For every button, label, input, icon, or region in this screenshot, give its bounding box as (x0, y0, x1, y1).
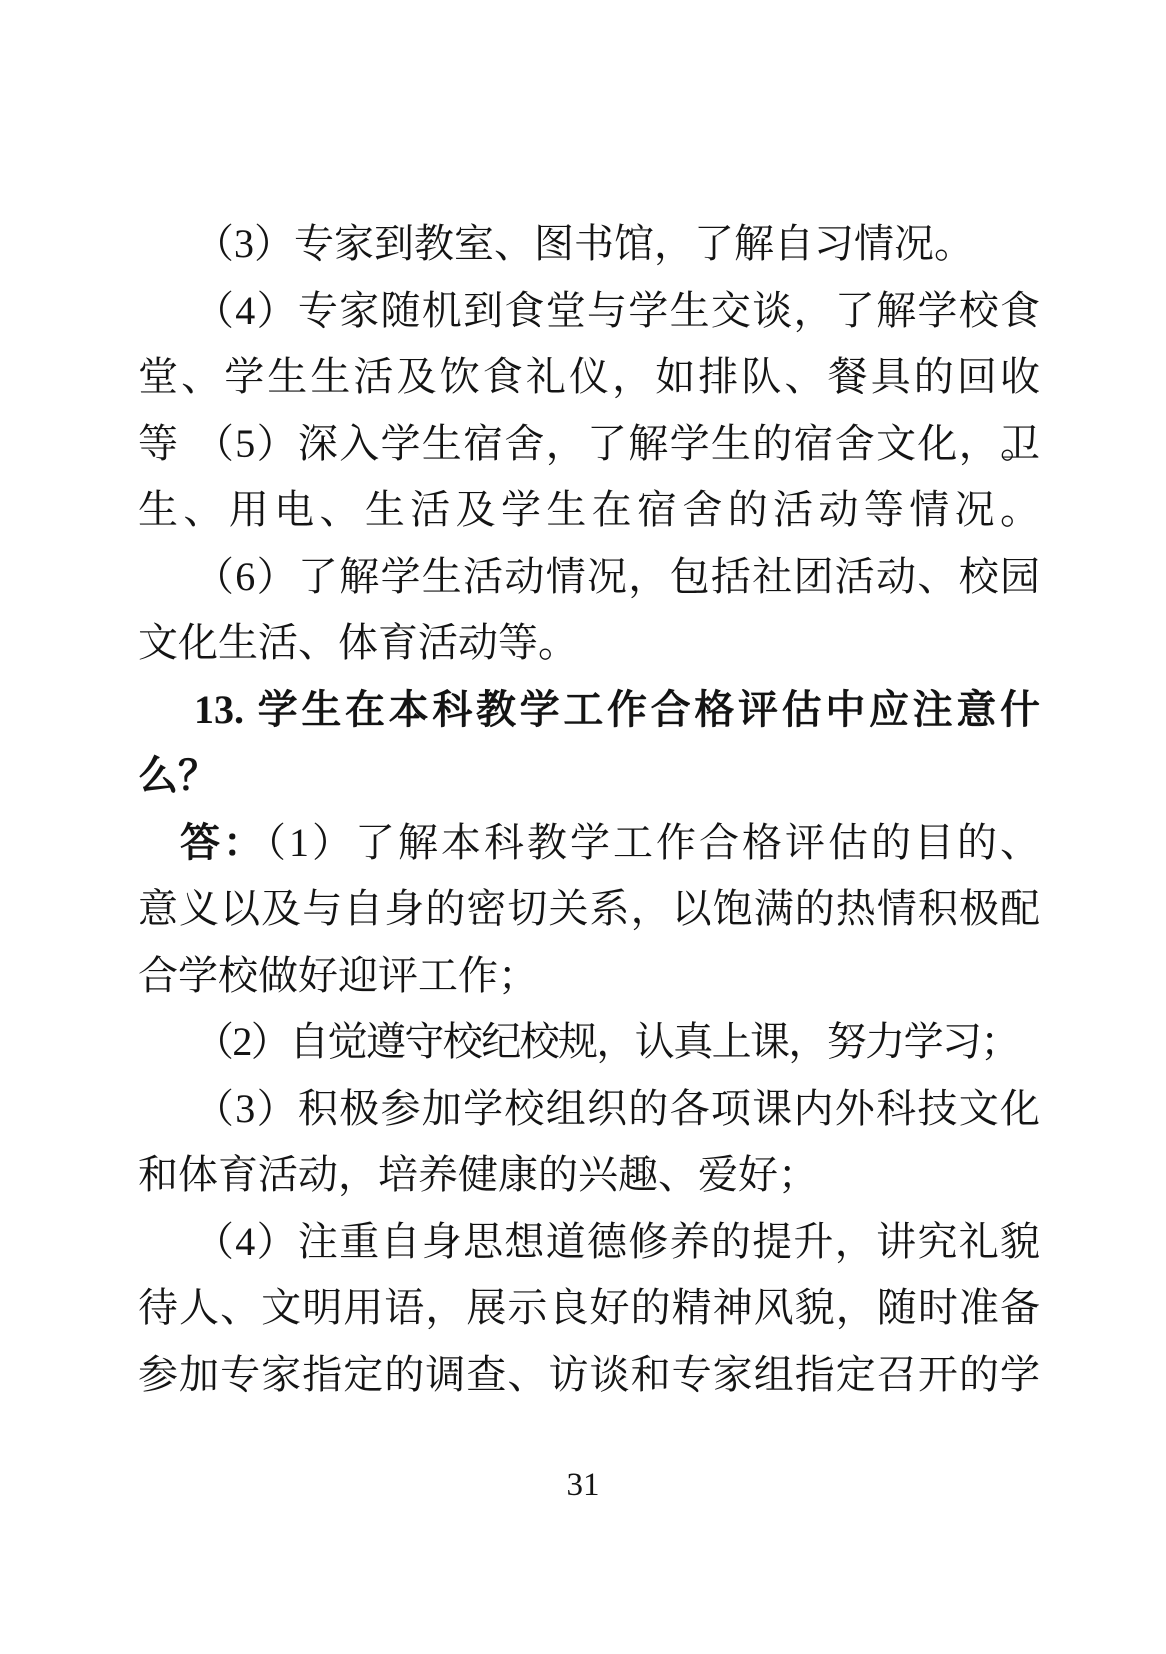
answer-prefix: 答： (180, 820, 266, 865)
answer-item-4-line-2: 待人、文明用语，展示良好的精神风貌，随时准备 (138, 1275, 1040, 1342)
answer-item-1-line-1: （1）了解本科教学工作合格评估的目的、 (266, 820, 1040, 865)
answer-item-4-line-3: 参加专家指定的调查、访谈和专家组指定召开的学 (138, 1342, 1040, 1409)
answer-item-1-line-2: 意义以及与自身的密切关系，以饱满的热情积极配 (138, 876, 1040, 943)
document-page: （3）专家到教室、图书馆，了解自习情况。 （4）专家随机到食堂与学生交谈，了解学… (0, 0, 1166, 1654)
item-3-line: （3）专家到教室、图书馆，了解自习情况。 (138, 211, 1040, 278)
item-4-line-1: （4）专家随机到食堂与学生交谈，了解学校食 (138, 278, 1040, 345)
question-13-heading-line-2: 么？ (138, 743, 1040, 810)
item-6-line-1: （6）了解学生活动情况，包括社团活动、校园 (138, 544, 1040, 611)
item-5-line-2: 生、用电、生活及学生在宿舍的活动等情况。 (138, 477, 1040, 544)
answer-item-4-line-1: （4）注重自身思想道德修养的提升，讲究礼貌 (138, 1209, 1040, 1276)
item-4-line-2: 堂、学生生活及饮食礼仪，如排队、餐具的回收等。 (138, 344, 1040, 411)
item-6-line-2: 文化生活、体育活动等。 (138, 610, 1040, 677)
question-13-heading-line-1: 13. 学生在本科教学工作合格评估中应注意什 (138, 677, 1040, 744)
answer-item-1-line-3: 合学校做好迎评工作； (138, 943, 1040, 1010)
text-block: （3）专家到教室、图书馆，了解自习情况。 （4）专家随机到食堂与学生交谈，了解学… (138, 211, 1040, 1408)
answer-item-2-line: （2）自觉遵守校纪校规，认真上课，努力学习； (138, 1009, 1040, 1076)
answer-line-1: 答：（1）了解本科教学工作合格评估的目的、 (138, 810, 1040, 877)
page-number: 31 (0, 1464, 1166, 1506)
item-5-line-1: （5）深入学生宿舍，了解学生的宿舍文化，卫 (138, 411, 1040, 478)
answer-item-3-line-1: （3）积极参加学校组织的各项课内外科技文化 (138, 1076, 1040, 1143)
answer-item-3-line-2: 和体育活动，培养健康的兴趣、爱好； (138, 1142, 1040, 1209)
